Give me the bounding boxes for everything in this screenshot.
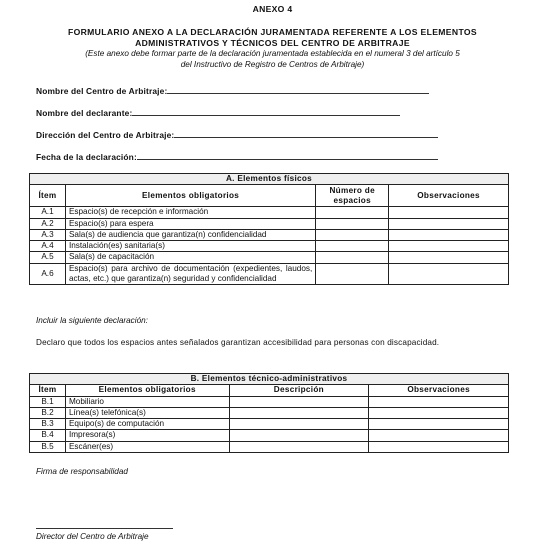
item-element: Espacio(s) para espera [65, 218, 315, 229]
item-code: A.1 [30, 207, 66, 218]
field-direccion: Dirección del Centro de Arbitraje: [36, 129, 438, 140]
signer-title: Director del Centro de Arbitraje [36, 532, 149, 541]
field-fecha: Fecha de la declaración: [36, 151, 438, 162]
declaration-instruction: Incluir la siguiente declaración: [36, 316, 148, 325]
count-cell[interactable] [316, 229, 389, 240]
section-b-title: B. Elementos técnico-administrativos [30, 374, 509, 385]
notes-cell[interactable] [369, 396, 509, 407]
notes-cell[interactable] [389, 207, 509, 218]
field-label: Nombre del declarante: [36, 108, 132, 118]
item-element: Sala(s) de capacitación [65, 252, 315, 263]
item-element: Instalación(es) sanitaria(s) [65, 241, 315, 252]
notes-cell[interactable] [369, 430, 509, 441]
form-title-line-2: ADMINISTRATIVOS Y TÉCNICOS DEL CENTRO DE… [20, 38, 525, 49]
item-code: B.3 [30, 419, 66, 430]
item-code: A.4 [30, 241, 66, 252]
field-label: Dirección del Centro de Arbitraje: [36, 130, 174, 140]
count-cell[interactable] [316, 241, 389, 252]
description-cell[interactable] [229, 430, 369, 441]
section-a-title: A. Elementos físicos [30, 174, 509, 185]
item-code: A.5 [30, 252, 66, 263]
item-element: Espacio(s) para archivo de documentación… [65, 263, 315, 285]
notes-cell[interactable] [389, 229, 509, 240]
count-cell[interactable] [316, 218, 389, 229]
header-observaciones: Observaciones [369, 385, 509, 396]
table-row: A.1 Espacio(s) de recepción e informació… [30, 207, 509, 218]
table-row: A.4 Instalación(es) sanitaria(s) [30, 241, 509, 252]
notes-cell[interactable] [369, 407, 509, 418]
table-row: B.4 Impresora(s) [30, 430, 509, 441]
item-code: A.3 [30, 229, 66, 240]
table-row: B.5 Escáner(es) [30, 441, 509, 452]
field-label: Fecha de la declaración: [36, 152, 137, 162]
description-cell[interactable] [229, 407, 369, 418]
item-element: Escáner(es) [65, 441, 229, 452]
description-cell[interactable] [229, 441, 369, 452]
header-observaciones: Observaciones [389, 185, 509, 207]
table-elementos-tecnico-administrativos: B. Elementos técnico-administrativos Íte… [29, 373, 509, 453]
item-code: B.4 [30, 430, 66, 441]
field-centro-nombre: Nombre del Centro de Arbitraje: [36, 85, 429, 96]
notes-cell[interactable] [389, 241, 509, 252]
header-item: Ítem [30, 385, 66, 396]
header-item: Ítem [30, 185, 66, 207]
description-cell[interactable] [229, 419, 369, 430]
item-code: B.2 [30, 407, 66, 418]
direccion-input[interactable] [174, 129, 438, 138]
signature-line[interactable] [36, 528, 173, 529]
header-elementos: Elementos obligatorios [65, 385, 229, 396]
table-elementos-fisicos: A. Elementos físicos Ítem Elementos obli… [29, 173, 509, 285]
field-label: Nombre del Centro de Arbitraje: [36, 86, 167, 96]
item-code: A.6 [30, 263, 66, 285]
item-code: B.5 [30, 441, 66, 452]
table-row: A.5 Sala(s) de capacitación [30, 252, 509, 263]
header-numero: Número de espacios [316, 185, 389, 207]
header-descripcion: Descripción [229, 385, 369, 396]
annex-title: ANEXO 4 [0, 4, 545, 14]
item-element: Impresora(s) [65, 430, 229, 441]
item-code: A.2 [30, 218, 66, 229]
count-cell[interactable] [316, 263, 389, 285]
table-row: B.3 Equipo(s) de computación [30, 419, 509, 430]
notes-cell[interactable] [389, 252, 509, 263]
form-title-line-1: FORMULARIO ANEXO A LA DECLARACIÓN JURAME… [20, 27, 525, 38]
count-cell[interactable] [316, 252, 389, 263]
count-cell[interactable] [316, 207, 389, 218]
item-code: B.1 [30, 396, 66, 407]
field-declarante: Nombre del declarante: [36, 107, 400, 118]
notes-cell[interactable] [389, 218, 509, 229]
form-title: FORMULARIO ANEXO A LA DECLARACIÓN JURAME… [20, 27, 525, 49]
table-row: B.1 Mobiliario [30, 396, 509, 407]
declaration-text: Declaro que todos los espacios antes señ… [36, 338, 502, 349]
item-element: Línea(s) telefónica(s) [65, 407, 229, 418]
notes-cell[interactable] [369, 441, 509, 452]
item-element: Mobiliario [65, 396, 229, 407]
fecha-input[interactable] [137, 151, 438, 160]
declarante-input[interactable] [132, 107, 400, 116]
item-element: Equipo(s) de computación [65, 419, 229, 430]
centro-nombre-input[interactable] [167, 85, 429, 94]
form-subtitle-line-2: del Instructivo de Registro de Centros d… [20, 60, 525, 71]
form-subtitle-line-1: (Este anexo debe formar parte de la decl… [20, 49, 525, 60]
table-row: A.6 Espacio(s) para archivo de documenta… [30, 263, 509, 285]
item-element: Sala(s) de audiencia que garantiza(n) co… [65, 229, 315, 240]
table-row: B.2 Línea(s) telefónica(s) [30, 407, 509, 418]
signature-label: Firma de responsabilidad [36, 467, 128, 476]
header-elementos: Elementos obligatorios [65, 185, 315, 207]
notes-cell[interactable] [369, 419, 509, 430]
item-element: Espacio(s) de recepción e información [65, 207, 315, 218]
description-cell[interactable] [229, 396, 369, 407]
table-row: A.3 Sala(s) de audiencia que garantiza(n… [30, 229, 509, 240]
form-subtitle: (Este anexo debe formar parte de la decl… [20, 49, 525, 70]
table-row: A.2 Espacio(s) para espera [30, 218, 509, 229]
notes-cell[interactable] [389, 263, 509, 285]
